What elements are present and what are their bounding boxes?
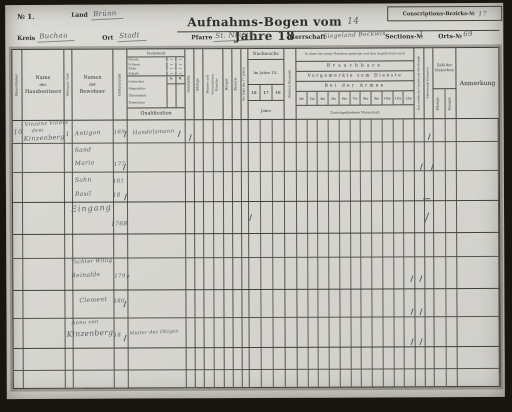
military-line1: Brauchbare bbox=[296, 60, 413, 71]
hw-bewohner-r6b: Reinalde bbox=[71, 271, 100, 279]
col-head-wirklich-dienende: Wirklich Dienende bbox=[284, 49, 296, 119]
land-label: Land bbox=[71, 12, 88, 19]
col-head-geburtsjahr: Geburts-Jahr bbox=[113, 50, 127, 120]
orts-label: Orts-№ bbox=[438, 33, 462, 40]
ort-label: Ort bbox=[102, 35, 113, 42]
military-cells: 2te 3te 4te 5te 6te 7te 8te 9te 10te 11t… bbox=[297, 90, 414, 105]
title-year-handwritten: 14 bbox=[347, 16, 360, 27]
nachwuchs-cell-17: 17 bbox=[260, 85, 272, 100]
orts-value-handwritten: 69 bbox=[463, 30, 473, 38]
col-head-bauern: Bauern bbox=[232, 49, 241, 119]
anmerkung-label: Anmerkung bbox=[460, 79, 496, 86]
hw-bewohner-r8a: Anna von bbox=[71, 319, 98, 326]
military-top-note: In diese bis vorige Rubriken gehörige un… bbox=[296, 48, 413, 61]
military-cell: 11te bbox=[393, 91, 404, 104]
col-head-hausnumer: Haus-Numer bbox=[12, 50, 22, 120]
wohnparteien-label: Wohnpart.-Zahl bbox=[66, 73, 70, 97]
military-bottom: Zurückgebliebene Mannschaft bbox=[297, 104, 414, 119]
owner-line1: Name bbox=[35, 74, 50, 80]
owner-line2: des bbox=[39, 83, 46, 88]
viehstand-box: Viehstand Pferde — — Ochsen — — Kühe — — bbox=[127, 49, 184, 76]
nachwuchs-title: Nachwuchs bbox=[248, 49, 283, 60]
animal-label: Schafe bbox=[127, 71, 166, 75]
menschen-cols: Hiesige Fremde bbox=[434, 88, 456, 118]
menschen-col-fremde: Fremde bbox=[445, 89, 456, 118]
kreis-value-handwritten: Buchau bbox=[37, 31, 74, 43]
bewohner-line1: Namen bbox=[83, 74, 101, 80]
hiesige-label: Hiesige bbox=[437, 97, 441, 110]
military-cell: 12te bbox=[404, 91, 414, 104]
bis17-label: Bis Ende des 17. Jahres bbox=[243, 67, 246, 101]
buerger-label: Bürger bbox=[226, 78, 230, 90]
menschen-title: Zahl der Menschen bbox=[433, 48, 455, 88]
col-head-qualification: Viehstand Pferde — — Ochsen — — Kühe — — bbox=[127, 49, 185, 119]
col-head-geistliche: Geistliche bbox=[185, 49, 194, 119]
scanned-document: № 1. Land Brünn Aufnahms-Bogen vom Jahre… bbox=[0, 0, 512, 412]
nachwuchs-cell-18: 18 bbox=[248, 85, 260, 100]
nachwuchs-mid: Im Jahre 18.. bbox=[248, 60, 283, 84]
ort-value-handwritten: Stadt bbox=[117, 31, 146, 42]
col-head-hausbesitzer: Name des Hausbesitzers bbox=[22, 50, 64, 120]
col-head-beamte: Beamte und Honoratioren, Künstler bbox=[203, 49, 223, 119]
hw-bewohner-r2a: Sand bbox=[75, 146, 92, 154]
hw-jahr-r4: 1768 bbox=[111, 220, 128, 228]
beamte-line3: Künstler bbox=[216, 78, 219, 91]
hw-jahr-r6: 179 bbox=[114, 273, 126, 280]
military-cell: 6te bbox=[339, 92, 350, 105]
kreis-label: Kreis bbox=[17, 35, 35, 42]
abgang-row-label: Abgestiftet bbox=[128, 86, 166, 90]
abgang-row-label: Entwichen bbox=[129, 101, 167, 105]
col-head-abwesende: Abwesende Personen bbox=[424, 48, 433, 118]
hausnumer-label: Haus-Numer bbox=[15, 74, 19, 96]
sections-value-handwritten: 1 bbox=[419, 30, 424, 38]
hw-bewohner-r3b: Basil bbox=[75, 190, 92, 198]
military-cell: 4te bbox=[318, 92, 329, 105]
col-head-adelige: Adelige bbox=[194, 49, 203, 119]
abgang-head-n: N. bbox=[176, 76, 184, 84]
hw-bewohner-r3a: Sohn bbox=[75, 176, 92, 184]
herrschaft-label: Herrschaft bbox=[289, 34, 325, 41]
adelige-label: Adelige bbox=[197, 78, 201, 91]
qualification-title: Qualification bbox=[128, 108, 185, 119]
nachwuchs-bottom: Jahre bbox=[249, 100, 284, 119]
weiblich-label: Das weibliche Geschlecht überhaupt bbox=[417, 56, 421, 110]
hw-bewohner-r7: Clement bbox=[79, 296, 107, 304]
hw-jahr-r3a: 181 bbox=[113, 178, 125, 185]
col-head-nachwuchs: Nachwuchs Im Jahre 18.. 18 17 16 Jahre bbox=[248, 49, 284, 119]
col-head-bewohner: Namen der Bewohner bbox=[72, 50, 113, 120]
fremde-label: Fremde bbox=[448, 97, 452, 110]
military-cell: 2te bbox=[296, 92, 307, 105]
abgang-row-label: Übersiedelt bbox=[129, 94, 167, 98]
bauern-label: Bauern bbox=[235, 78, 239, 91]
nachwuchs-cell-16: 16 bbox=[272, 85, 283, 100]
conscription-value-handwritten: 17 bbox=[478, 9, 487, 17]
military-cell: 10te bbox=[382, 91, 393, 104]
abgang-row-label: Gestorben bbox=[128, 79, 166, 83]
viehstand-title: Viehstand bbox=[127, 49, 184, 57]
wirklich-dienende-label: Wirklich Dienende bbox=[288, 70, 292, 98]
table-body: 10 Vinzenz Villers dem Kinzenberg 1 Anti… bbox=[13, 119, 500, 388]
geburtsjahr-label: Geburts-Jahr bbox=[118, 74, 122, 96]
viehstand-cell: — bbox=[166, 71, 175, 75]
military-cell: 9te bbox=[372, 91, 383, 104]
viehstand-cell: — bbox=[175, 71, 184, 75]
bewohner-line2: der bbox=[89, 82, 96, 87]
hw-jahr-r3b: 18 bbox=[113, 192, 121, 198]
col-head-buerger: Bürger bbox=[223, 49, 232, 119]
land-value-handwritten: Brünn bbox=[91, 9, 123, 21]
conscription-label: Conscriptions-Bezirks-№ bbox=[403, 11, 475, 17]
census-table: Haus-Numer Name des Hausbesitzers Wohnpa… bbox=[11, 47, 500, 389]
military-cell: 8te bbox=[361, 91, 372, 104]
abgang-rows: Gestorben Abgestiftet Übersiedelt Entwic… bbox=[127, 76, 166, 107]
table-header: Haus-Numer Name des Hausbesitzers Wohnpa… bbox=[12, 48, 498, 121]
conscription-box: Conscriptions-Bezirks-№ 17 bbox=[387, 6, 502, 22]
menschen-col-hiesige: Hiesige bbox=[434, 89, 446, 118]
hw-mark-r6: p bbox=[126, 273, 130, 279]
abgang-col-n: N. bbox=[175, 76, 184, 107]
sections-label: Sections-№ bbox=[385, 33, 423, 40]
abgang-col-a: A. bbox=[166, 76, 175, 107]
hw-parteien: 1 bbox=[66, 131, 70, 138]
hw-bewohner-r2b: Maria bbox=[75, 159, 95, 167]
abwesende-label: Abwesende Personen bbox=[427, 68, 430, 99]
paper-sheet: № 1. Land Brünn Aufnahms-Bogen vom Jahre… bbox=[5, 3, 505, 399]
col-head-anmerkung: Anmerkung bbox=[456, 48, 498, 118]
hw-hausnr: 10 bbox=[14, 128, 23, 136]
hw-jahr-r8: 18 bbox=[113, 332, 121, 338]
military-line2: Vorgemerkte zum Dienste bbox=[296, 70, 413, 81]
hw-bewohner-r1: Antigon bbox=[75, 129, 101, 137]
col-head-weiblich: Das weibliche Geschlecht überhaupt bbox=[414, 48, 424, 118]
nachwuchs-cells: 18 17 16 bbox=[248, 84, 283, 100]
military-line3: Bei der Armee bbox=[296, 80, 413, 91]
military-cell: 5te bbox=[329, 92, 340, 105]
beamte-line1: Beamte und bbox=[207, 75, 211, 93]
owner-line3: Hausbesitzers bbox=[25, 89, 61, 95]
col-head-zahl-der-menschen: Zahl der Menschen Hiesige Fremde bbox=[433, 48, 456, 118]
dash-mark bbox=[423, 198, 430, 199]
bewohner-line3: Bewohner bbox=[80, 89, 106, 95]
col-head-military-group: In diese bis vorige Rubriken gehörige un… bbox=[296, 48, 414, 119]
military-cell: 3te bbox=[307, 92, 318, 105]
geistliche-label: Geistliche bbox=[187, 76, 191, 93]
military-cell: 7te bbox=[350, 92, 361, 105]
abgang-head-a: A. bbox=[167, 76, 175, 84]
viehstand-row-schafe: Schafe — — bbox=[127, 71, 184, 76]
pfarre-label: Pfarre bbox=[191, 34, 212, 41]
abgang-box: Gestorben Abgestiftet Übersiedelt Entwic… bbox=[127, 76, 184, 108]
sheet-number: № 1. bbox=[17, 12, 34, 21]
